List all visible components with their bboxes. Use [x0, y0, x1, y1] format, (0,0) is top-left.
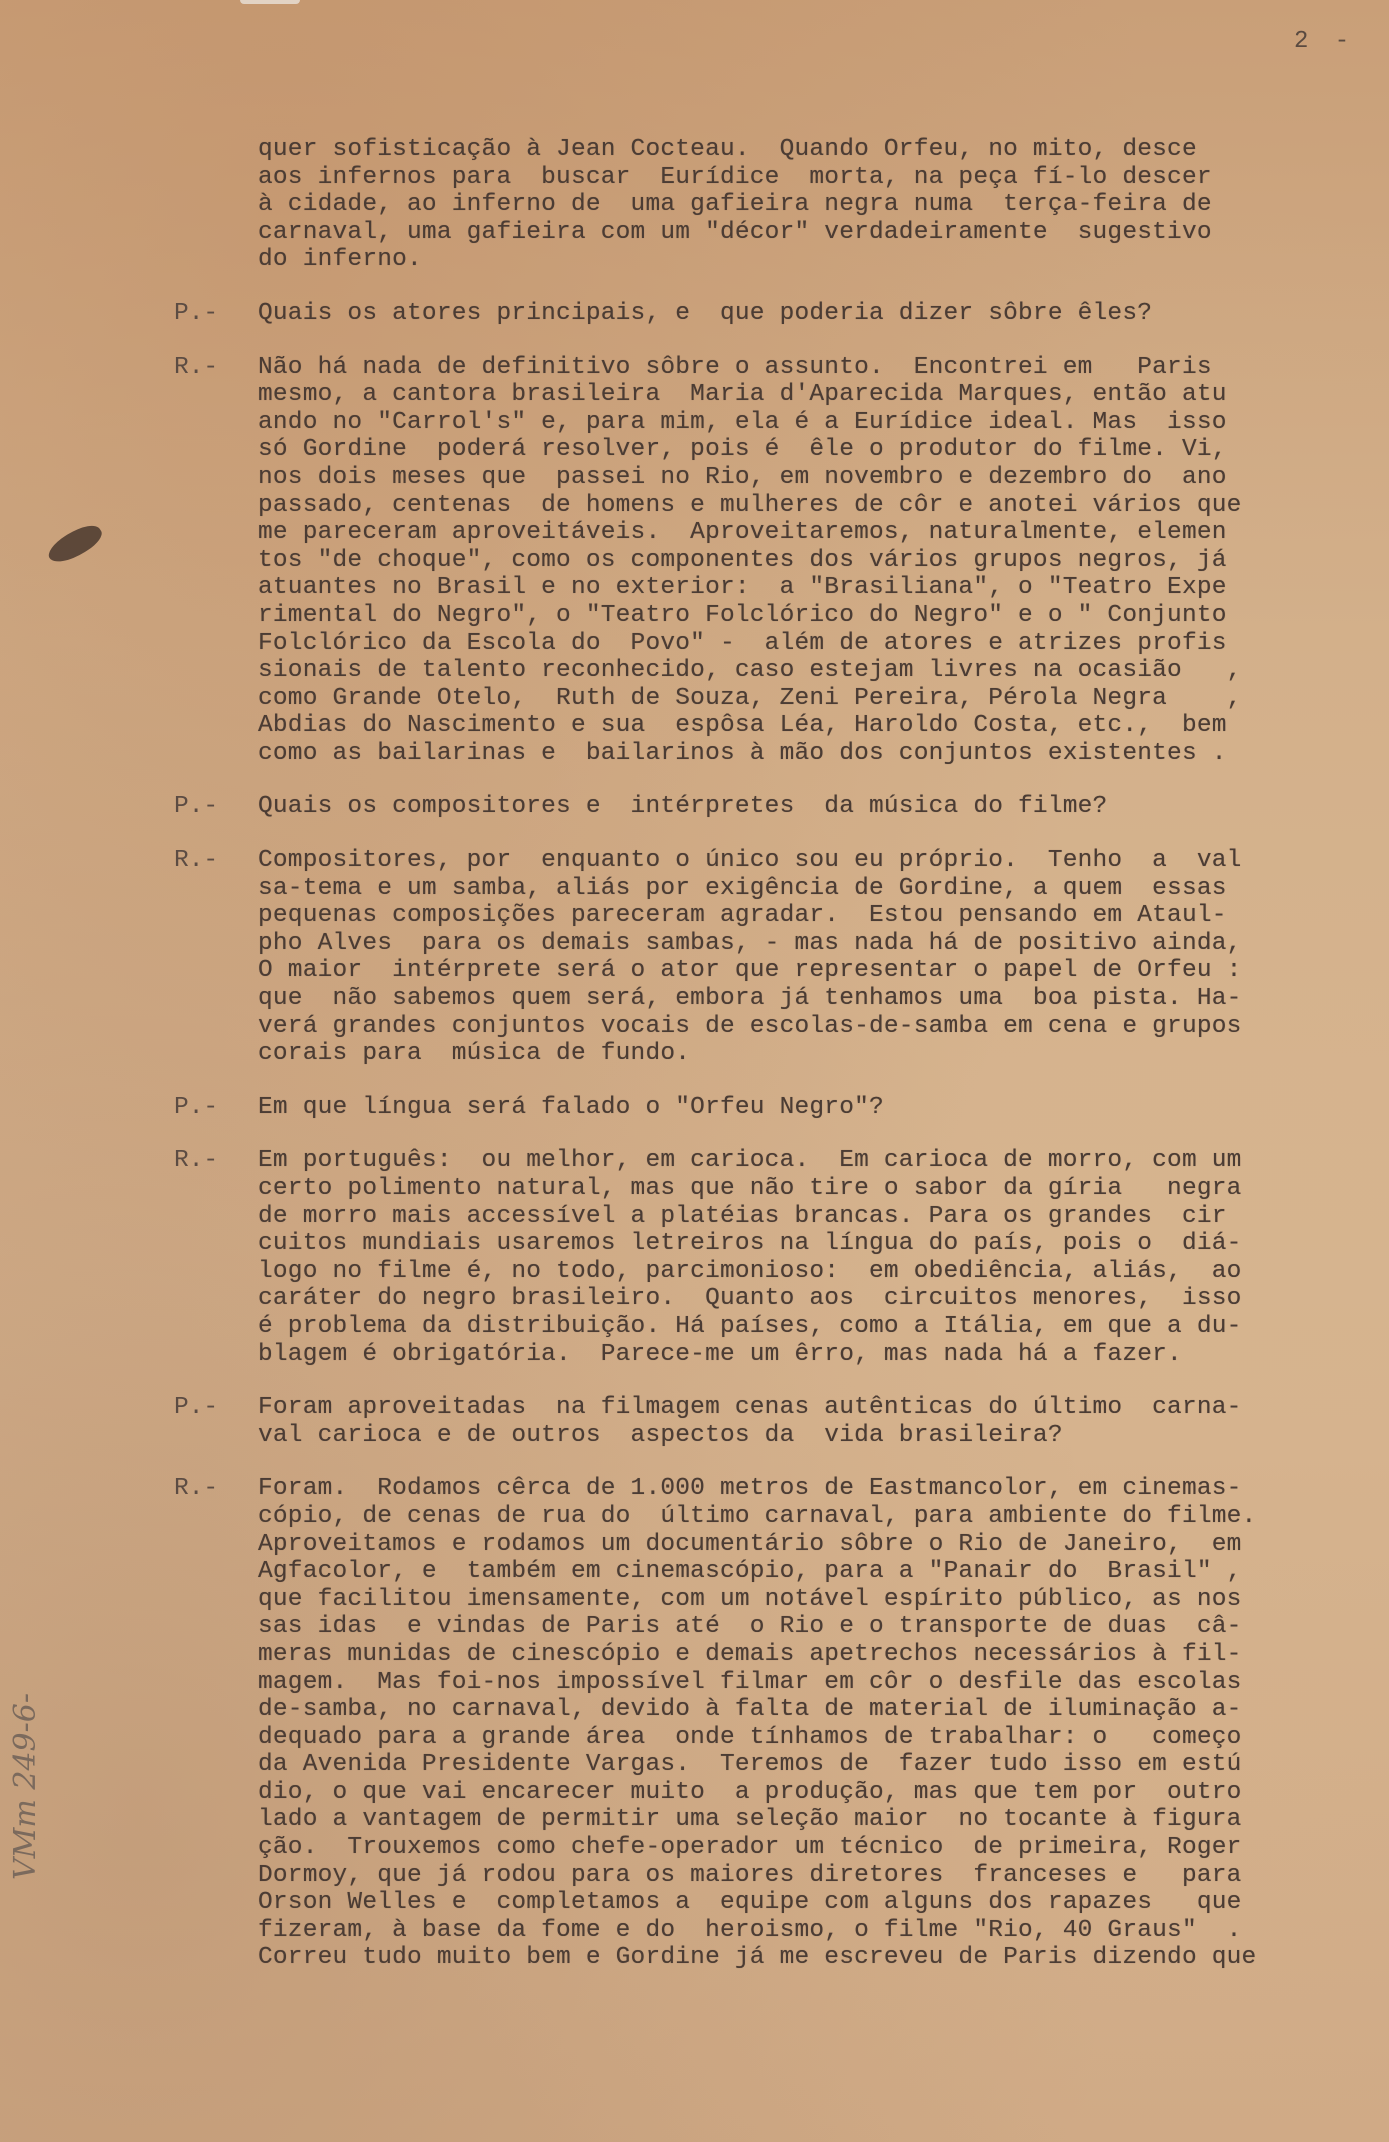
text-line: Não há nada de definitivo sôbre o assunt…	[258, 354, 1354, 382]
ink-blot-mark	[44, 518, 106, 569]
question-block: P.-Quais os atores principais, e que pod…	[174, 300, 1354, 328]
text-line: magem. Mas foi-nos impossível filmar em …	[258, 1669, 1354, 1697]
text-line: pequenas composições pareceram agradar. …	[258, 902, 1354, 930]
text-line: sas idas e vindas de Paris até o Rio e o…	[258, 1613, 1354, 1641]
qa-text: Em que língua será falado o "Orfeu Negro…	[258, 1094, 1354, 1122]
text-line: pho Alves para os demais sambas, - mas n…	[258, 930, 1354, 958]
text-line: quer sofisticação à Jean Cocteau. Quando…	[258, 136, 1354, 164]
text-line: corais para música de fundo.	[258, 1040, 1354, 1068]
text-line: Em português: ou melhor, em carioca. Em …	[258, 1147, 1354, 1175]
text-line: Dormoy, que já rodou para os maiores dir…	[258, 1862, 1354, 1890]
text-line: sionais de talento reconhecido, caso est…	[258, 657, 1354, 685]
text-line: verá grandes conjuntos vocais de escolas…	[258, 1013, 1354, 1041]
qa-label: P.-	[174, 1094, 258, 1122]
handwritten-margin-note: VMm 249-6-	[8, 1693, 43, 1880]
text-line: meras munidas de cinescópio e demais ape…	[258, 1641, 1354, 1669]
intro-lines: quer sofisticação à Jean Cocteau. Quando…	[258, 136, 1354, 274]
text-line: cuitos mundiais usaremos letreiros na lí…	[258, 1230, 1354, 1258]
qa-label: P.-	[174, 1394, 258, 1449]
text-line: me pareceram aproveitáveis. Aproveitarem…	[258, 519, 1354, 547]
text-line: do inferno.	[258, 246, 1354, 274]
text-line: O maior intérprete será o ator que repre…	[258, 957, 1354, 985]
answer-block: R.-Compositores, por enquanto o único so…	[174, 847, 1354, 1068]
text-line: Agfacolor, e também em cinemascópio, par…	[258, 1558, 1354, 1586]
text-line: tos "de choque", como os componentes dos…	[258, 547, 1354, 575]
text-line: Quais os atores principais, e que poderi…	[258, 300, 1354, 328]
question-block: P.-Foram aproveitadas na filmagem cenas …	[174, 1394, 1354, 1449]
text-line: caráter do negro brasileiro. Quanto aos …	[258, 1285, 1354, 1313]
text-line: é problema da distribuição. Há países, c…	[258, 1313, 1354, 1341]
qa-text: Não há nada de definitivo sôbre o assunt…	[258, 354, 1354, 768]
text-line: logo no filme é, no todo, parcimonioso: …	[258, 1258, 1354, 1286]
answer-block: R.-Em português: ou melhor, em carioca. …	[174, 1147, 1354, 1368]
text-line: só Gordine poderá resolver, pois é êle o…	[258, 436, 1354, 464]
qa-label: R.-	[174, 1475, 258, 1972]
qa-text: Foram. Rodamos cêrca de 1.000 metros de …	[258, 1475, 1354, 1972]
intro-paragraph: quer sofisticação à Jean Cocteau. Quando…	[258, 136, 1354, 274]
text-line: Quais os compositores e intérpretes da m…	[258, 793, 1354, 821]
text-line: mesmo, a cantora brasileira Maria d'Apar…	[258, 381, 1354, 409]
text-line: Folclórico da Escola do Povo" - além de …	[258, 630, 1354, 658]
text-line: Aproveitamos e rodamos um documentário s…	[258, 1531, 1354, 1559]
text-line: rimental do Negro", o "Teatro Folclórico…	[258, 602, 1354, 630]
text-line: à cidade, ao inferno de uma gafieira neg…	[258, 191, 1354, 219]
page-number: 2 -	[1294, 28, 1355, 55]
text-line: Em que língua será falado o "Orfeu Negro…	[258, 1094, 1354, 1122]
text-line: Compositores, por enquanto o único sou e…	[258, 847, 1354, 875]
text-line: Abdias do Nascimento e sua espôsa Léa, H…	[258, 712, 1354, 740]
text-line: sa-tema e um samba, aliás por exigência …	[258, 875, 1354, 903]
paper-tear	[240, 0, 300, 4]
text-line: ando no "Carrol's" e, para mim, ela é a …	[258, 409, 1354, 437]
text-line: dio, o que vai encarecer muito a produçã…	[258, 1779, 1354, 1807]
qa-text: Em português: ou melhor, em carioca. Em …	[258, 1147, 1354, 1368]
text-line: Orson Welles e completamos a equipe com …	[258, 1889, 1354, 1917]
text-line: cópio, de cenas de rua do último carnava…	[258, 1503, 1354, 1531]
qa-text: Compositores, por enquanto o único sou e…	[258, 847, 1354, 1068]
text-line: que facilitou imensamente, com um notáve…	[258, 1586, 1354, 1614]
text-line: como as bailarinas e bailarinos à mão do…	[258, 740, 1354, 768]
qa-label: R.-	[174, 354, 258, 768]
text-line: val carioca e de outros aspectos da vida…	[258, 1422, 1354, 1450]
qa-label: R.-	[174, 847, 258, 1068]
text-line: que não sabemos quem será, embora já ten…	[258, 985, 1354, 1013]
qa-list: P.-Quais os atores principais, e que pod…	[174, 300, 1354, 1972]
text-line: de-samba, no carnaval, devido à falta de…	[258, 1696, 1354, 1724]
qa-text: Quais os compositores e intérpretes da m…	[258, 793, 1354, 821]
qa-text: Foram aproveitadas na filmagem cenas aut…	[258, 1394, 1354, 1449]
text-line: atuantes no Brasil e no exterior: a "Bra…	[258, 574, 1354, 602]
text-line: nos dois meses que passei no Rio, em nov…	[258, 464, 1354, 492]
text-line: aos infernos para buscar Eurídice morta,…	[258, 164, 1354, 192]
typewritten-document: quer sofisticação à Jean Cocteau. Quando…	[174, 136, 1354, 1998]
text-line: lado a vantagem de permitir uma seleção …	[258, 1806, 1354, 1834]
question-block: P.-Em que língua será falado o "Orfeu Ne…	[174, 1094, 1354, 1122]
text-line: Correu tudo muito bem e Gordine já me es…	[258, 1944, 1354, 1972]
text-line: carnaval, uma gafieira com um "décor" ve…	[258, 219, 1354, 247]
text-line: passado, centenas de homens e mulheres d…	[258, 492, 1354, 520]
question-block: P.-Quais os compositores e intérpretes d…	[174, 793, 1354, 821]
text-line: ção. Trouxemos como chefe-operador um té…	[258, 1834, 1354, 1862]
qa-label: P.-	[174, 793, 258, 821]
answer-block: R.-Não há nada de definitivo sôbre o ass…	[174, 354, 1354, 768]
text-line: de morro mais accessível a platéias bran…	[258, 1203, 1354, 1231]
answer-block: R.-Foram. Rodamos cêrca de 1.000 metros …	[174, 1475, 1354, 1972]
text-line: blagem é obrigatória. Parece-me um êrro,…	[258, 1341, 1354, 1369]
text-line: fizeram, à base da fome e do heroismo, o…	[258, 1917, 1354, 1945]
qa-label: P.-	[174, 300, 258, 328]
text-line: Foram. Rodamos cêrca de 1.000 metros de …	[258, 1475, 1354, 1503]
qa-label: R.-	[174, 1147, 258, 1368]
text-line: como Grande Otelo, Ruth de Souza, Zeni P…	[258, 685, 1354, 713]
text-line: Foram aproveitadas na filmagem cenas aut…	[258, 1394, 1354, 1422]
text-line: certo polimento natural, mas que não tir…	[258, 1175, 1354, 1203]
text-line: da Avenida Presidente Vargas. Teremos de…	[258, 1751, 1354, 1779]
qa-text: Quais os atores principais, e que poderi…	[258, 300, 1354, 328]
text-line: dequado para a grande área onde tínhamos…	[258, 1724, 1354, 1752]
